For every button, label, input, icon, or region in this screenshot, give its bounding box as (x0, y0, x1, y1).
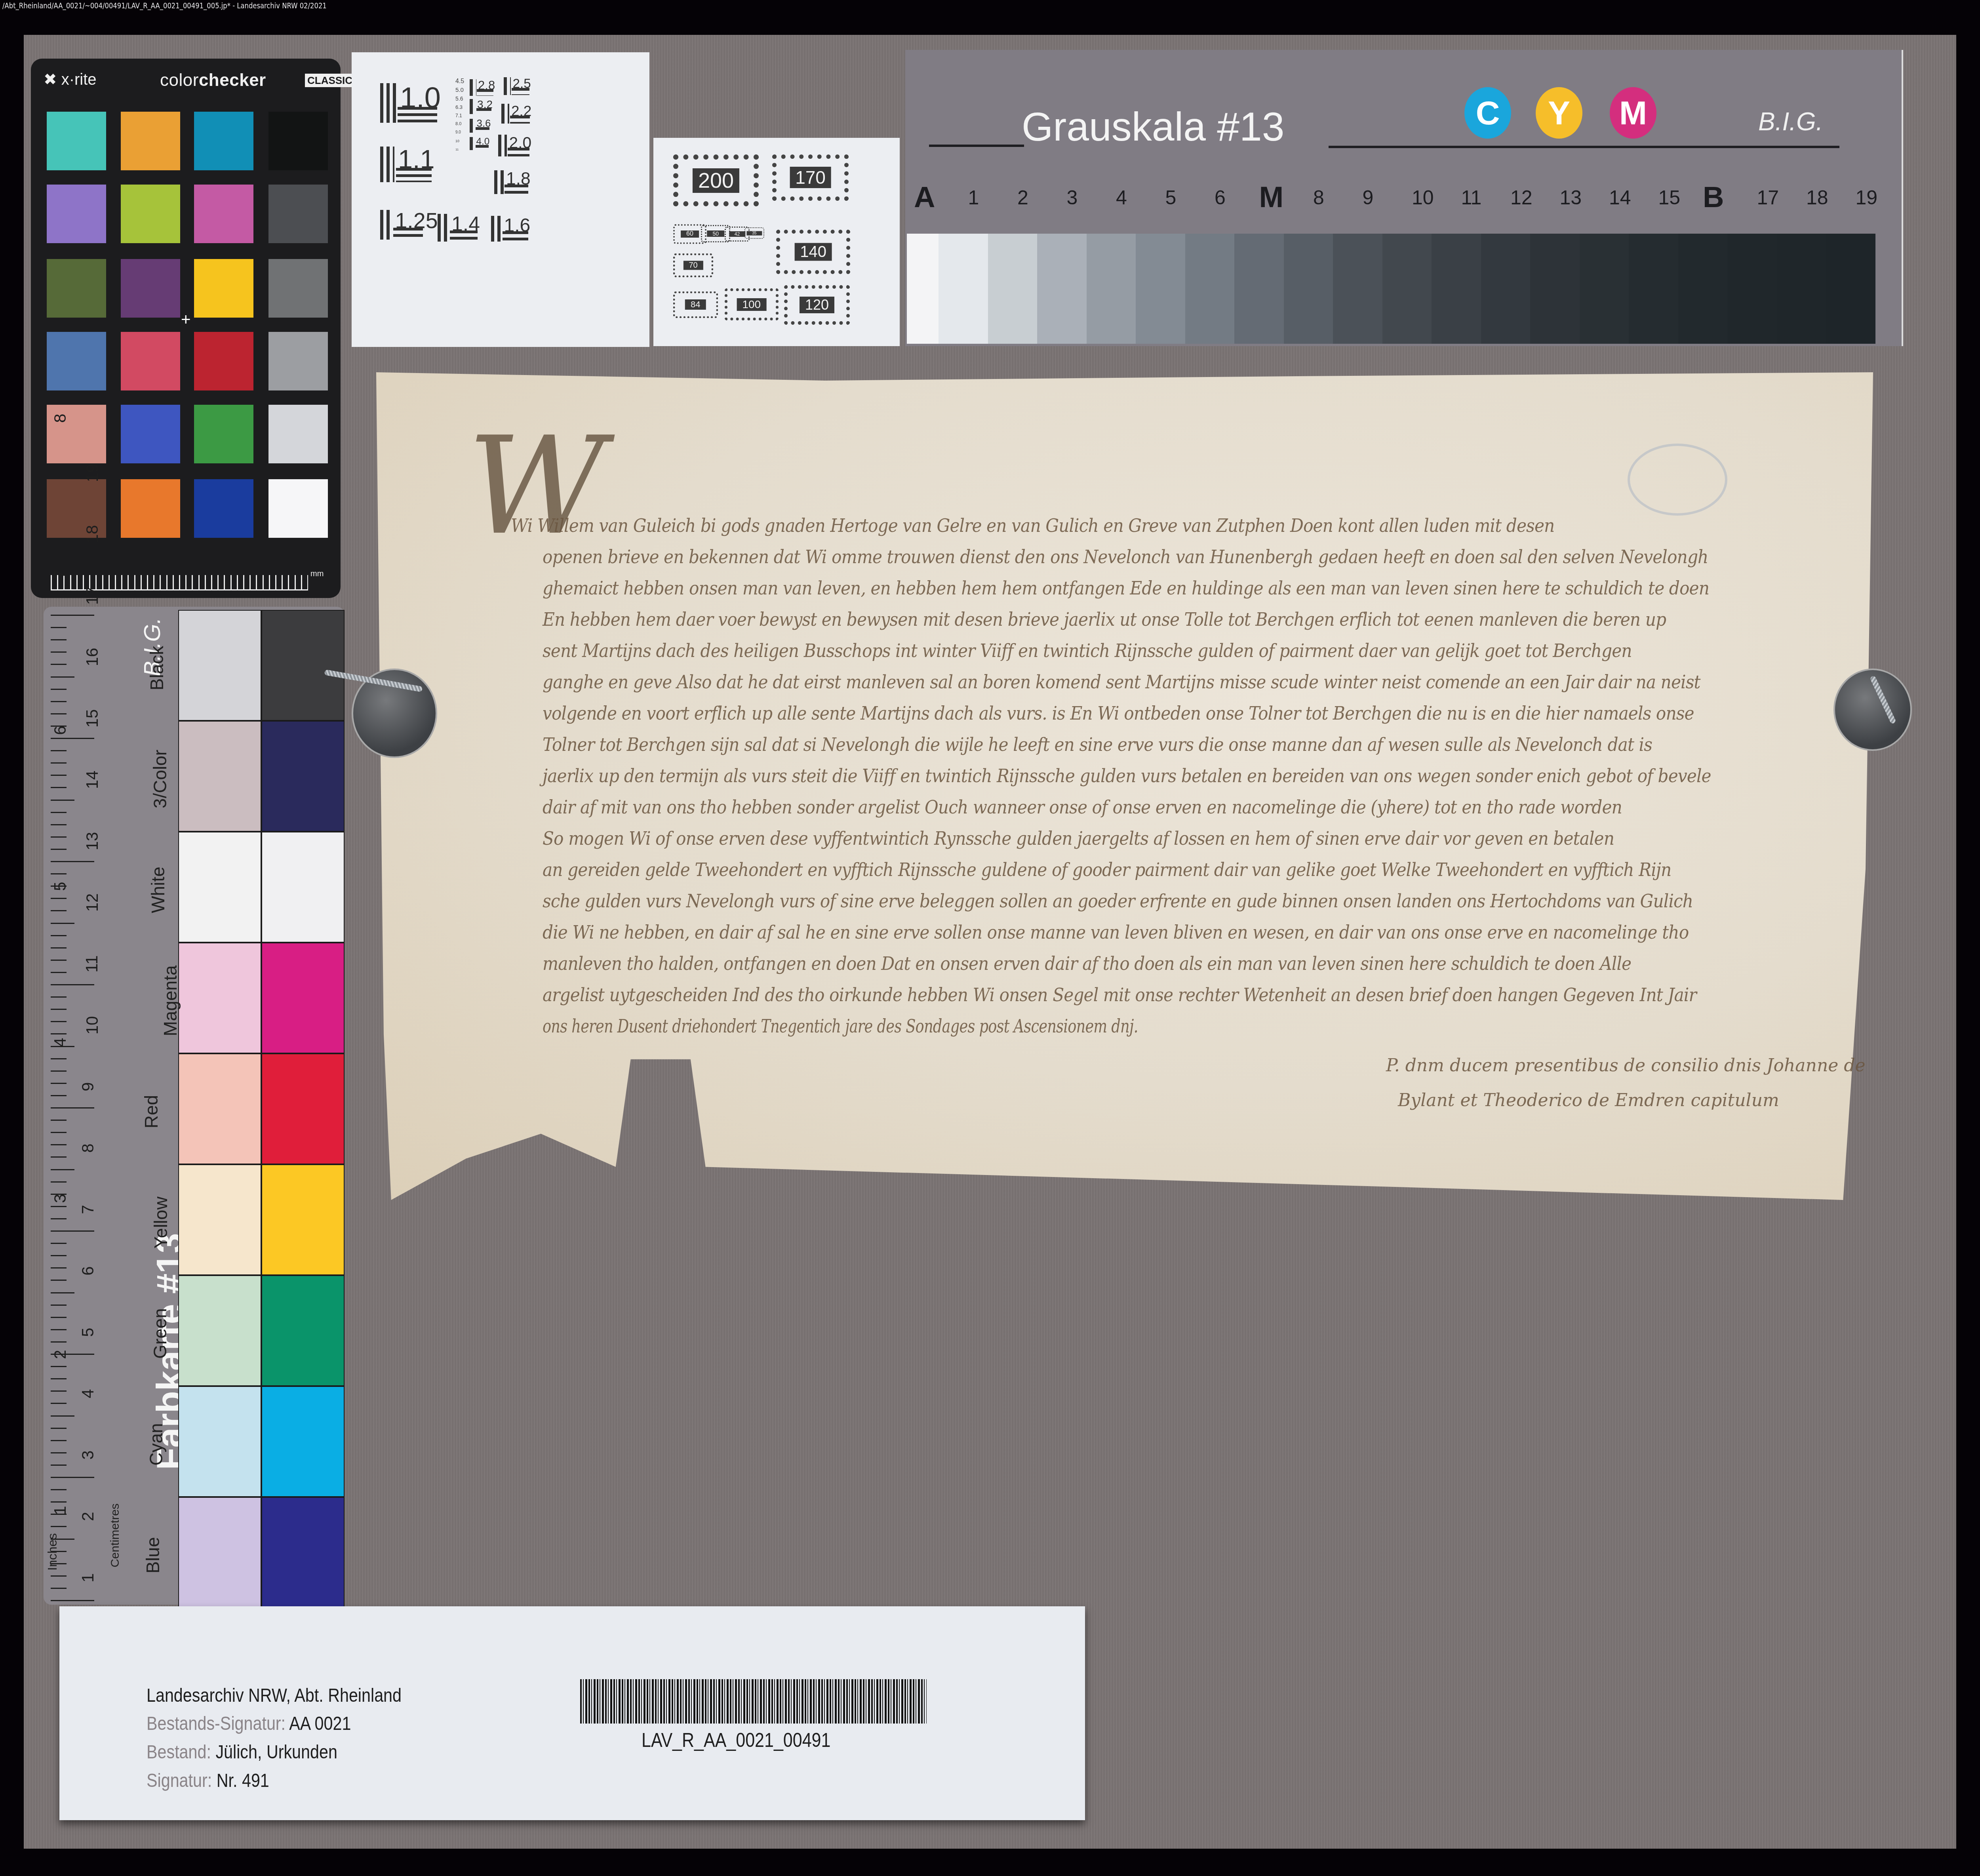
inch-mark: 8 (51, 413, 70, 423)
resolution-bars-vertical (504, 77, 511, 95)
grayscale-title: Grauskala #13 (1022, 104, 1284, 150)
ruler-tick (51, 1243, 67, 1244)
ruler-tick (51, 1341, 67, 1343)
grayscale-patch (1037, 234, 1087, 344)
ruler-tick (51, 615, 94, 616)
color-swatch (194, 259, 253, 318)
barcode (580, 1679, 927, 1724)
grayscale-patch (1136, 234, 1185, 344)
resolution-label: 2.0 (509, 135, 532, 151)
ruler-tick (51, 1095, 67, 1096)
cm-mark: 11 (82, 955, 101, 973)
mtf-label: 84 (685, 299, 706, 310)
ruler-tick (51, 1033, 67, 1034)
ruler-tick (51, 861, 94, 862)
resolution-small-label: 7.1 (455, 113, 462, 118)
ruler-tick (51, 1169, 74, 1170)
ruler-tick (51, 812, 67, 813)
cm-mark: 2 (78, 1512, 97, 1521)
color-name-label: Cyan (145, 1423, 167, 1465)
color-name-label: 3/Color (149, 750, 171, 808)
light-color-patch (178, 832, 261, 943)
grayscale-step-label: A (914, 180, 935, 214)
ruler-tick (51, 1600, 94, 1601)
ruler-tick (51, 750, 67, 751)
resolution-bars-vertical (380, 83, 396, 123)
light-color-patch (178, 1275, 261, 1386)
resolution-bars-vertical (470, 137, 475, 150)
inch-mark: 2 (51, 1350, 70, 1359)
resolution-label: 1.0 (400, 83, 441, 112)
grayscale-patch (1087, 234, 1136, 344)
grayscale-patch (907, 234, 939, 344)
color-swatch (194, 185, 253, 243)
ruler-tick (51, 738, 94, 739)
mm-unit-label: mm (310, 569, 324, 579)
ruler-tick (51, 787, 67, 788)
resolution-small-label: 5.0 (455, 87, 464, 93)
grayscale-step-label: 3 (1067, 186, 1078, 209)
grayscale-step-label: 8 (1313, 186, 1324, 209)
cm-mark: 19 (83, 464, 102, 482)
color-swatch (194, 112, 253, 170)
ruler-tick (51, 1465, 67, 1466)
grayscale-patch (1481, 234, 1531, 344)
color-swatch (47, 332, 106, 390)
mtf-target: 200 (673, 154, 759, 206)
color-swatch (47, 185, 106, 243)
mtf-target: 35 (744, 227, 764, 239)
cm-mark: 18 (83, 525, 102, 544)
light-color-patch (178, 610, 261, 721)
resolution-bars-vertical (498, 135, 507, 156)
colorchecker-title: colorchecker (160, 70, 266, 90)
grayscale-step-label: 13 (1560, 186, 1582, 209)
color-swatch (268, 405, 328, 463)
resolution-bars-vertical (380, 210, 392, 240)
resolution-small-label: 8.0 (455, 122, 461, 126)
charter-text-line: Tolner tot Berchgen sijn sal dat si Neve… (543, 734, 1652, 755)
ruler-tick (51, 1132, 67, 1133)
mtf-label: 70 (683, 261, 703, 270)
archive-label-field: Bestands-Signatur: AA 0021 (147, 1713, 351, 1735)
ruler-tick (51, 1403, 67, 1404)
ruler-tick (51, 849, 67, 850)
ruler-tick (51, 1575, 67, 1577)
ruler-tick (51, 923, 74, 924)
dark-color-patch (261, 832, 345, 943)
mtf-label: 50 (707, 230, 724, 237)
grayscale-step-label: 17 (1757, 186, 1779, 209)
resolution-bars-vertical (501, 104, 509, 124)
color-name-label: Magenta (160, 965, 181, 1036)
resolution-label: 4.0 (476, 137, 490, 147)
ruler-tick (51, 713, 67, 714)
resolution-bars-vertical (470, 79, 476, 96)
cm-mark: 4 (78, 1389, 97, 1398)
inch-mark: 1 (51, 1506, 70, 1515)
charter-text-line: En hebben hem daer voer bewyst en bewyse… (543, 609, 1666, 630)
charter-text-line: openen brieve en bekennen dat Wi omme tr… (543, 546, 1708, 568)
grayscale-step-label: 15 (1658, 186, 1681, 209)
color-name-label: Red (141, 1095, 162, 1128)
charter-text-line: ganghe en geve Also dat he dat eirst man… (543, 671, 1700, 693)
grayscale-patch (1432, 234, 1481, 344)
resolution-small-label: 4.5 (455, 78, 464, 85)
grayscale-step-label: 2 (1017, 186, 1028, 209)
grayscale-patch (1678, 234, 1728, 344)
cm-mark: 16 (83, 648, 102, 667)
ruler-tick (51, 1588, 67, 1589)
resolution-small-label: 10 (455, 139, 459, 143)
mtf-label: 200 (693, 168, 739, 193)
ruler-tick (51, 1415, 74, 1417)
resolution-label: 1.6 (504, 216, 531, 235)
charter-text-line: volgende en voort erflich up alle sente … (543, 703, 1694, 724)
ruler-tick (51, 1428, 67, 1429)
cm-mark: 10 (83, 1016, 102, 1035)
resolution-bars-vertical (438, 214, 449, 242)
grayscale-step-label: 5 (1165, 186, 1177, 209)
grayscale-step-label: 12 (1510, 186, 1533, 209)
charter-text-line: an gereiden gelde Tweehondert en vyfftic… (543, 859, 1671, 880)
color-name-label: Green (149, 1308, 171, 1359)
inch-mark: 4 (51, 1038, 70, 1047)
resolution-label: 1.4 (451, 214, 480, 234)
resolution-test-chart (352, 52, 649, 347)
mtf-label: 170 (790, 167, 831, 188)
ruler-tick (51, 1489, 67, 1490)
grayscale-patch (1629, 234, 1678, 344)
ruler-tick (51, 1009, 67, 1010)
color-swatch (268, 112, 328, 170)
inch-mark: 6 (51, 726, 70, 735)
ruler-tick (51, 984, 94, 985)
dark-color-patch (261, 610, 345, 721)
cm-mark: 9 (78, 1082, 97, 1091)
cm-mark: 5 (78, 1327, 97, 1337)
ruler-tick (51, 996, 67, 998)
grayscale-title-rule-right (1329, 146, 1839, 148)
resolution-label: 2.8 (478, 79, 495, 91)
grayscale-step-label: M (1259, 180, 1284, 214)
crosshair-icon: + (181, 311, 191, 328)
resolution-small-label: 9.0 (455, 131, 461, 135)
grayscale-step-label: 4 (1116, 186, 1127, 209)
resolution-bars-vertical (470, 119, 475, 133)
cm-mark: 13 (83, 832, 102, 851)
light-color-patch (178, 1164, 261, 1275)
dark-color-patch (261, 721, 345, 832)
light-color-patch (178, 1386, 261, 1497)
dark-color-patch (261, 1275, 345, 1386)
ruler-tick (51, 873, 67, 874)
ruler-tick (51, 1452, 67, 1453)
ruler-tick (51, 824, 67, 825)
mtf-target: 140 (776, 230, 850, 274)
grayscale-patch (1727, 234, 1777, 344)
grayscale-patch (1185, 234, 1235, 344)
mtf-target: 84 (673, 291, 718, 318)
color-swatch (194, 405, 253, 463)
ruler-tick (51, 972, 67, 973)
cm-mark: 12 (83, 893, 102, 912)
ruler-tick (51, 1058, 67, 1059)
resolution-label: 2.2 (511, 104, 531, 118)
grayscale-patch (1580, 234, 1629, 344)
dark-color-patch (261, 1053, 345, 1164)
color-swatch (268, 259, 328, 318)
color-swatch (194, 332, 253, 390)
charter-text-line: manleven tho halden, ontfangen en doen D… (543, 953, 1631, 974)
cm-mark: 8 (78, 1143, 97, 1152)
color-swatch (121, 185, 180, 243)
charter-text-line: So mogen Wi of onse erven dese vyffentwi… (543, 828, 1614, 849)
grayscale-patch (988, 234, 1038, 344)
colorchecker-classic-badge: CLASSIC (305, 74, 355, 87)
chancery-note-line: P. dnm ducem presentibus de consilio dni… (1386, 1055, 1865, 1076)
cm-mark: 6 (78, 1266, 97, 1275)
grayscale-step-label: 14 (1609, 186, 1631, 209)
grayscale-step-label: 9 (1363, 186, 1374, 209)
ruler-tick (51, 1107, 94, 1108)
grayscale-step-label: 11 (1461, 186, 1482, 209)
color-swatch (121, 259, 180, 318)
ruler-tick (51, 910, 67, 911)
mtf-label: 140 (794, 243, 832, 261)
charter-text-line: jaerlix up den termijn als vurs steit di… (543, 765, 1711, 787)
ruler-tick (51, 1120, 67, 1121)
inches-label: Inches (45, 1533, 60, 1570)
grayscale-patch (1382, 234, 1432, 344)
grayscale-step-label: 1 (968, 186, 979, 209)
ruler-tick (51, 960, 67, 961)
color-name-label: Yellow (150, 1196, 171, 1248)
resolution-label: 3.6 (477, 119, 491, 129)
inch-mark: 7 (51, 569, 70, 579)
cm-mark: 15 (83, 709, 102, 728)
resolution-bars-vertical (470, 99, 476, 114)
inch-mark: 3 (51, 1194, 70, 1203)
archive-label-field-value: Jülich, Urkunden (215, 1742, 337, 1763)
ruler-tick (51, 1181, 67, 1183)
archive-label-field: Signatur: Nr. 491 (147, 1770, 269, 1792)
file-path-header: /Abt_Rheinland/AA_0021/~004/00491/LAV_R_… (2, 1, 327, 10)
ruler-tick (51, 627, 67, 628)
cym-m-indicator: M (1610, 87, 1656, 139)
grayscale-patch (939, 234, 988, 344)
grayscale-patch (1530, 234, 1580, 344)
color-swatch (121, 405, 180, 463)
grayscale-patch (1284, 234, 1333, 344)
resolution-label: 2.5 (513, 77, 531, 90)
ruler-tick (51, 775, 67, 776)
resolution-label: 3.2 (477, 99, 493, 110)
grayscale-step-label: B (1703, 180, 1724, 214)
charter-text-line: argelist uytgescheiden Ind des tho oirku… (543, 984, 1696, 1006)
mtf-label: 100 (737, 298, 766, 311)
ruler-tick (51, 898, 67, 899)
ruler-tick (51, 1366, 67, 1367)
grayscale-title-rule-left (929, 145, 1024, 147)
light-color-patch (178, 721, 261, 832)
dark-color-patch (261, 1497, 345, 1608)
dark-color-patch (261, 1164, 345, 1275)
resolution-label: 1.8 (506, 170, 531, 188)
color-swatch (268, 185, 328, 243)
ruler-tick (51, 1477, 94, 1478)
ruler-tick (51, 1144, 67, 1145)
dark-color-patch (261, 1386, 345, 1497)
ruler-tick (51, 664, 67, 665)
cm-mark: 1 (78, 1573, 97, 1582)
ruler-tick (51, 676, 74, 678)
charter-text-line: die Wi ne hebben, en dair af sal he en s… (543, 922, 1689, 943)
grayscale-patch (1826, 234, 1875, 344)
charter-text-line: sent Martijns dach des heiligen Busschop… (543, 640, 1632, 661)
xrite-logo: ✖ x·rite (44, 70, 97, 89)
color-swatch (121, 479, 180, 538)
archive-institution: Landesarchiv NRW, Abt. Rheinland (147, 1685, 402, 1706)
color-swatch (194, 479, 253, 538)
resolution-bars-vertical (494, 170, 504, 194)
ruler-tick (51, 1305, 67, 1306)
centimetres-label: Centimetres (109, 1503, 122, 1567)
archive-stamp-mark (1628, 444, 1727, 516)
mtf-target: 120 (784, 285, 850, 325)
resolution-small-label: 6.3 (455, 105, 463, 110)
ruler-tick (51, 1206, 67, 1207)
ruler-tick (51, 947, 67, 948)
dark-color-patch (261, 943, 345, 1053)
color-name-label: Black (146, 646, 168, 690)
cym-c-indicator: C (1464, 87, 1511, 139)
color-name-label: Blue (142, 1537, 164, 1573)
ruler-tick (51, 1070, 67, 1072)
ruler-tick (51, 1292, 74, 1293)
colorchecker-title-light: color (160, 70, 199, 90)
barcode-text: LAV_R_AA_0021_00491 (642, 1729, 830, 1752)
mtf-label: 42 (729, 231, 745, 237)
xrite-brand-text: x·rite (61, 71, 97, 88)
resolution-small-label: 5.6 (455, 96, 463, 101)
light-color-patch (178, 1497, 261, 1608)
cm-mark: 17 (83, 587, 102, 605)
cm-mark: 14 (83, 771, 102, 789)
mtf-target: 170 (772, 154, 849, 201)
ruler-tick (51, 1329, 67, 1330)
ruler-tick (51, 1526, 67, 1527)
color-swatch (268, 479, 328, 538)
ruler-tick (51, 689, 67, 690)
cm-mark: 7 (78, 1205, 97, 1214)
color-swatch (47, 112, 106, 170)
ruler-tick (51, 800, 74, 801)
charter-text-line: sche gulden vurs Nevelongh vurs of sine … (543, 890, 1693, 912)
ruler-tick (51, 836, 67, 838)
grayscale-brand: B.I.G. (1758, 107, 1823, 136)
ruler-tick (51, 1440, 67, 1441)
decorated-initial: W (467, 408, 605, 565)
color-swatch (121, 112, 180, 170)
ruler-tick (51, 762, 67, 764)
colorchecker-title-bold: checker (199, 70, 266, 90)
light-color-patch (178, 943, 261, 1053)
ruler-tick (51, 1267, 67, 1268)
grayscale-step-label: 10 (1412, 186, 1434, 209)
charter-text-line: Wi Willem van Guleich bi gods gnaden Her… (511, 515, 1554, 536)
mtf-label: 120 (800, 297, 834, 313)
archive-label-field-key: Signatur: (147, 1770, 212, 1791)
resolution-bars-vertical (380, 147, 394, 182)
resolution-bars-vertical (491, 216, 501, 242)
mtf-target: 70 (673, 253, 713, 277)
chancery-note-line: Bylant et Theoderico de Emdren capitulum (1398, 1090, 1779, 1110)
ruler-tick (51, 1218, 67, 1219)
resolution-small-label: 11 (455, 148, 459, 151)
resolution-label: 1.1 (398, 147, 435, 173)
ruler-tick (51, 701, 67, 702)
ruler-tick (51, 651, 67, 653)
archive-label-field-value: Nr. 491 (217, 1770, 269, 1791)
grayscale-step-label: 19 (1856, 186, 1878, 209)
ruler-tick (51, 639, 67, 640)
cym-y-indicator: Y (1536, 87, 1582, 139)
ruler-tick (51, 1255, 67, 1256)
inch-mark: 5 (51, 882, 70, 891)
ruler-tick (51, 1083, 67, 1084)
ruler-tick (51, 1021, 67, 1022)
grayscale-step-label: 6 (1215, 186, 1226, 209)
color-name-label: White (147, 867, 169, 913)
mtf-target: 100 (725, 288, 779, 320)
charter-text-line: ghemaict hebben onsen man van leven, en … (543, 577, 1709, 599)
ruler-tick (51, 1390, 67, 1392)
grayscale-patch (1234, 234, 1284, 344)
ruler-tick (51, 1501, 67, 1503)
color-swatch (268, 332, 328, 390)
color-swatch (47, 259, 106, 318)
color-swatch (121, 332, 180, 390)
archive-label-field-value: AA 0021 (289, 1713, 351, 1734)
ruler-tick (51, 1317, 67, 1318)
resolution-label: 1.25 (395, 210, 438, 232)
charter-text-line: ons heren Dusent driehondert Tnegentich … (543, 1015, 1138, 1037)
charter-text-line: dair af mit van ons tho hebben sonder ar… (543, 796, 1622, 818)
grayscale-patch (1777, 234, 1826, 344)
grayscale-step-label: 18 (1806, 186, 1828, 209)
grayscale-patch (1333, 234, 1382, 344)
mtf-label: 35 (746, 231, 762, 235)
xrite-logo-icon: ✖ (44, 71, 57, 88)
archive-label-field: Bestand: Jülich, Urkunden (147, 1741, 337, 1763)
ruler-tick (51, 935, 67, 936)
archive-label-field-key: Bestands-Signatur: (147, 1713, 286, 1734)
cm-mark: 3 (78, 1450, 97, 1459)
ruler-tick (51, 1230, 94, 1232)
ruler-tick (51, 1378, 67, 1379)
light-color-patch (178, 1053, 261, 1164)
ruler-tick (51, 1156, 67, 1158)
mtf-label: 60 (681, 230, 699, 238)
ruler-tick (51, 1280, 67, 1281)
archive-label-field-key: Bestand: (147, 1742, 211, 1763)
